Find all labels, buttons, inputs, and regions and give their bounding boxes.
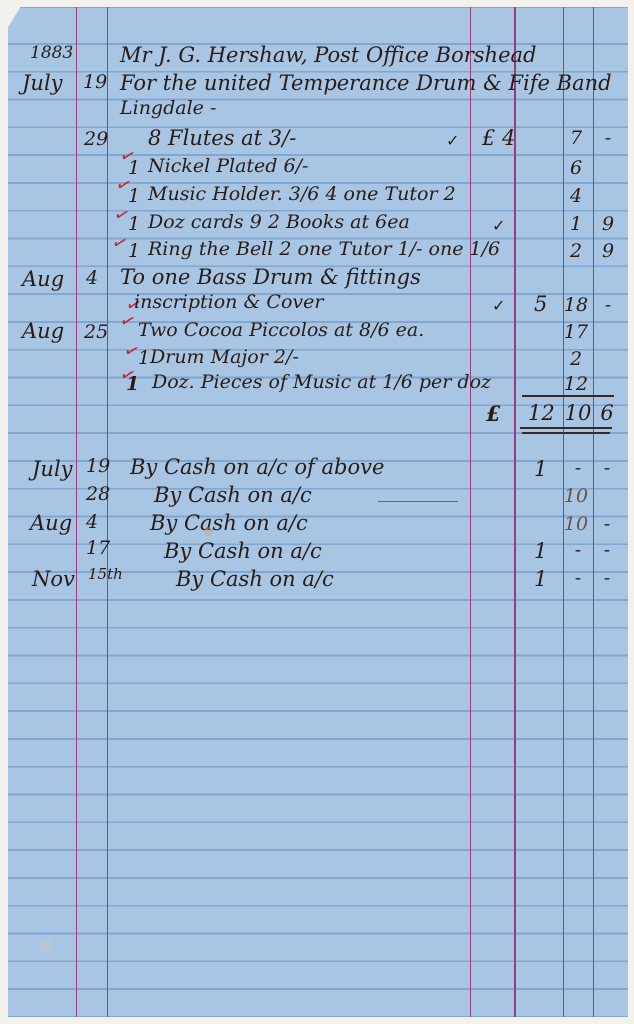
credit-pounds: 1 [534, 569, 547, 590]
debit-description: 8 Flutes at 3/- [148, 128, 296, 149]
check-mark-icon: ✓ [446, 133, 459, 149]
year: 1883 [30, 45, 73, 62]
credit-day: 17 [86, 539, 110, 558]
debit-day: 4 [86, 269, 98, 288]
total-shillings: 10 [564, 403, 592, 424]
total-pounds: 12 [528, 403, 555, 424]
credit-shillings: - [564, 569, 592, 588]
description-line2: Lingdale - [120, 99, 216, 118]
total-pence: 6 [596, 403, 618, 424]
credit-month: Aug [30, 513, 72, 534]
subtotal-rule [522, 395, 614, 397]
credit-description: By Cash on a/c [150, 513, 308, 534]
credit-pence: - [596, 569, 618, 588]
addressee: Mr J. G. Hershaw, Post Office Borshead [120, 45, 536, 66]
credit-shillings: - [564, 541, 592, 560]
debit-description: Nickel Plated 6/- [148, 157, 308, 176]
credit-shillings: 10 [562, 487, 590, 506]
entry-day: 19 [83, 73, 107, 92]
debit-description: Doz cards 9 2 Books at 6ea [148, 213, 410, 232]
total-double-rule-bottom [522, 432, 610, 434]
date-day-rule [107, 7, 108, 1017]
credit-day: 4 [86, 513, 98, 532]
debit-month: Aug [22, 269, 64, 290]
filler-stroke [378, 501, 458, 502]
debit-pence: 9 [596, 215, 620, 234]
credit-pence: - [596, 541, 618, 560]
debit-shillings: 7 [564, 129, 588, 148]
debit-qty: 1 [128, 215, 140, 234]
debit-qty: 1 [126, 375, 139, 394]
date-month-rule [76, 7, 77, 1017]
debit-shillings: 17 [562, 323, 590, 342]
total-currency: £ [486, 403, 501, 424]
check-mark-icon: ✓ [492, 298, 505, 314]
credit-pence: - [596, 515, 618, 534]
total-double-rule-top [520, 427, 612, 429]
debit-shillings: 2 [564, 350, 588, 369]
debit-pence: - [596, 129, 620, 148]
paper-stain [40, 939, 52, 953]
debit-description: Music Holder. 3/6 4 one Tutor 2 [148, 185, 456, 204]
credit-description: By Cash on a/c [176, 569, 334, 590]
credit-pence: - [596, 459, 618, 478]
debit-shillings: 4 [564, 187, 588, 206]
entry-month: July [22, 73, 63, 94]
debit-description: Two Cocoa Piccolos at 8/6 ea. [138, 321, 424, 340]
paper-stain [204, 527, 213, 536]
debit-pounds: £ 4 [482, 128, 515, 149]
debit-description: Doz. Pieces of Music at 1/6 per doz [152, 373, 491, 392]
debit-day: 29 [84, 130, 108, 149]
debit-pence: 9 [596, 242, 620, 261]
credit-description: By Cash on a/c of above [130, 457, 384, 478]
credit-description: By Cash on a/c [164, 541, 322, 562]
check-column-rule [470, 7, 471, 1017]
credit-day: 19 [86, 457, 110, 476]
debit-qty: 1 [128, 159, 140, 178]
debit-pence: - [596, 296, 620, 315]
debit-shillings: 18 [562, 296, 590, 315]
credit-pounds: 1 [534, 459, 547, 480]
debit-qty: 1 [128, 187, 140, 206]
credit-month: July [32, 459, 73, 480]
check-mark-icon: ✓ [492, 218, 505, 234]
debit-shillings: 6 [564, 159, 588, 178]
credit-description: By Cash on a/c [154, 485, 312, 506]
debit-shillings: 2 [564, 242, 588, 261]
pence-column-rule [593, 7, 594, 1017]
debit-description: inscription & Cover [134, 293, 323, 312]
debit-pounds: 5 [534, 294, 547, 315]
credit-shillings: 10 [562, 515, 590, 534]
description-line1: For the united Temperance Drum & Fife Ba… [120, 73, 612, 94]
debit-qty: 1 [128, 242, 140, 261]
credit-month: Nov [32, 569, 75, 590]
ledger-page: 1883 Mr J. G. Hershaw, Post Office Borsh… [8, 7, 628, 1017]
credit-shillings: - [564, 459, 592, 478]
red-check-icon: ✓ [109, 233, 129, 255]
credit-day: 28 [86, 485, 110, 504]
red-check-icon: ✓ [117, 311, 137, 333]
debit-shillings: 12 [562, 375, 590, 394]
debit-shillings: 1 [564, 215, 588, 234]
debit-description: Drum Major 2/- [150, 348, 299, 367]
debit-month: Aug [22, 321, 64, 342]
pounds-column-rule [514, 7, 516, 1017]
credit-pounds: 1 [534, 541, 547, 562]
credit-day: 15th [88, 567, 123, 582]
debit-day: 25 [84, 323, 108, 342]
debit-description: Ring the Bell 2 one Tutor 1/- one 1/6 [148, 240, 500, 259]
debit-qty: 1 [138, 349, 150, 368]
debit-description: To one Bass Drum & fittings [120, 267, 421, 288]
